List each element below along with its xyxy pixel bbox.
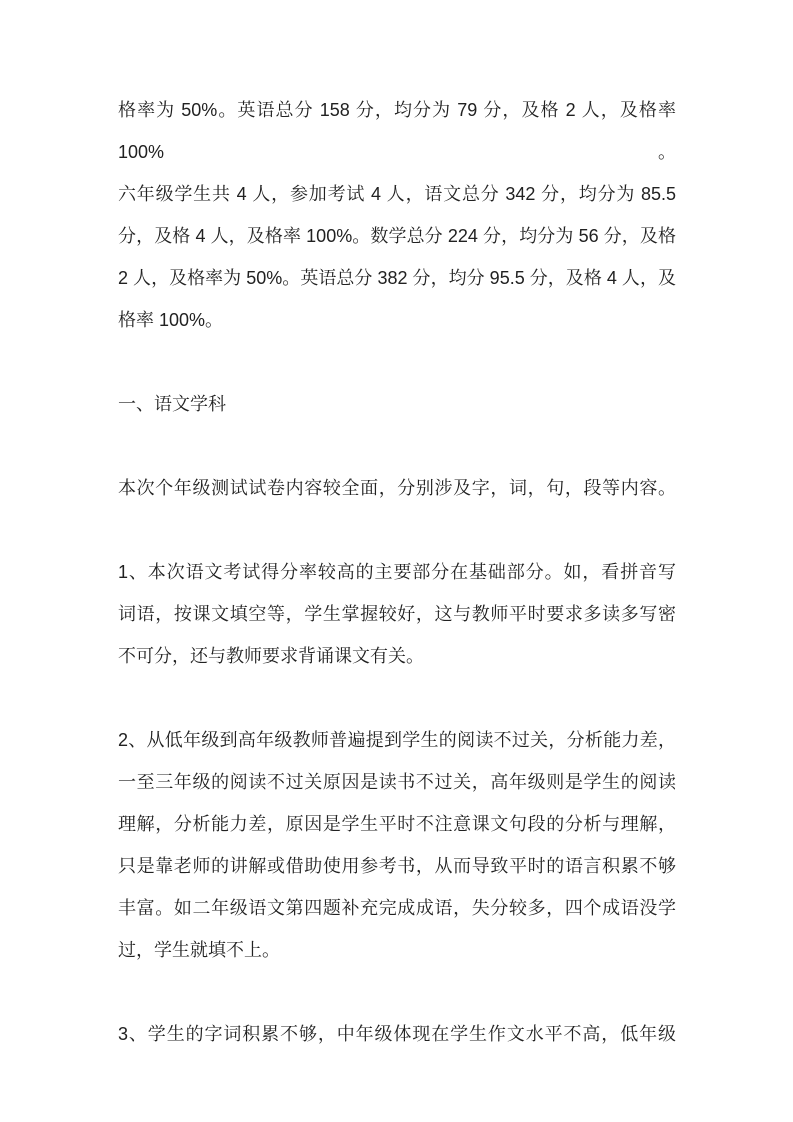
- text-line: 本次个年级测试试卷内容较全面，分别涉及字，词，句，段等内容。: [118, 467, 676, 509]
- text-line: 不可分，还与教师要求背诵课文有关。: [118, 635, 676, 677]
- paragraph-grade-score-summary: 格率为 50%。英语总分 158 分，均分为 79 分，及格 2 人，及格率 1…: [118, 89, 676, 341]
- text-line: 格率为 50%。英语总分 158 分，均分为 79 分，及格 2 人，及格率 1…: [118, 89, 676, 173]
- text-line: 过，学生就填不上。: [118, 929, 676, 971]
- heading-line: 一、语文学科: [118, 383, 676, 425]
- text-line: 2、从低年级到高年级教师普遍提到学生的阅读不过关，分析能力差，: [118, 719, 676, 761]
- text-line: 3、学生的字词积累不够，中年级体现在学生作文水平不高，低年级: [118, 1013, 676, 1055]
- document-text-area: 格率为 50%。英语总分 158 分，均分为 79 分，及格 2 人，及格率 1…: [118, 89, 676, 1055]
- text-line: 格率 100%。: [118, 299, 676, 341]
- text-line: 一至三年级的阅读不过关原因是读书不过关，高年级则是学生的阅读: [118, 761, 676, 803]
- paragraph-point-3: 3、学生的字词积累不够，中年级体现在学生作文水平不高，低年级: [118, 1013, 676, 1055]
- text-line: 分，及格 4 人，及格率 100%。数学总分 224 分，均分为 56 分，及格: [118, 215, 676, 257]
- text-line: 丰富。如二年级语文第四题补充完成成语，失分较多，四个成语没学: [118, 887, 676, 929]
- paragraph-chinese-subject-overview: 本次个年级测试试卷内容较全面，分别涉及字，词，句，段等内容。: [118, 467, 676, 509]
- text-line: 理解，分析能力差，原因是学生平时不注意课文句段的分析与理解，: [118, 803, 676, 845]
- section-heading-chinese-subject: 一、语文学科: [118, 383, 676, 425]
- text-line: 只是靠老师的讲解或借助使用参考书，从而导致平时的语言积累不够: [118, 845, 676, 887]
- text-line: 2 人，及格率为 50%。英语总分 382 分，均分 95.5 分，及格 4 人…: [118, 257, 676, 299]
- document-page: 格率为 50%。英语总分 158 分，均分为 79 分，及格 2 人，及格率 1…: [0, 0, 793, 1122]
- text-line: 词语，按课文填空等，学生掌握较好，这与教师平时要求多读多写密: [118, 593, 676, 635]
- text-line: 1、本次语文考试得分率较高的主要部分在基础部分。如，看拼音写: [118, 551, 676, 593]
- paragraph-point-1: 1、本次语文考试得分率较高的主要部分在基础部分。如，看拼音写 词语，按课文填空等…: [118, 551, 676, 677]
- paragraph-point-2: 2、从低年级到高年级教师普遍提到学生的阅读不过关，分析能力差， 一至三年级的阅读…: [118, 719, 676, 971]
- text-line: 六年级学生共 4 人，参加考试 4 人，语文总分 342 分，均分为 85.5: [118, 173, 676, 215]
